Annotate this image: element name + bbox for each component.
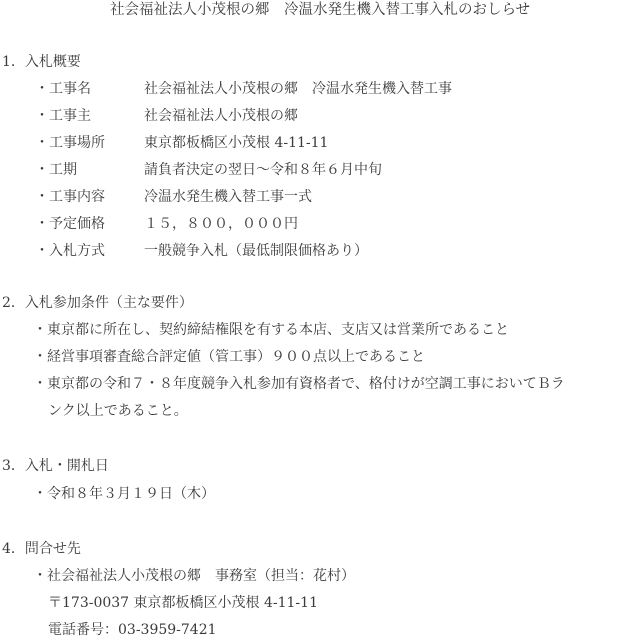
detail-value: 社会福祉法人小茂根の郷: [144, 106, 298, 126]
requirement-item: ・東京都の令和７・８年度競争入札参加有資格者で、格付けが空調工事においてＢラ: [33, 374, 565, 394]
section-2-heading: 2．入札参加条件（主な要件）: [2, 293, 193, 313]
detail-label: ・予定価格: [35, 214, 105, 234]
requirement-item: ・東京都に所在し、契約締結権限を有する本店、支店又は営業所であること: [33, 320, 509, 340]
section-3-heading: 3．入札・開札日: [2, 456, 109, 476]
requirement-item-continuation: ンク以上であること。: [48, 401, 188, 421]
detail-value: 請負者決定の翌日～令和８年６月中旬: [144, 160, 382, 180]
detail-label: ・工事主: [35, 106, 91, 126]
contact-organization: ・社会福祉法人小茂根の郷 事務室（担当：花村）: [33, 566, 355, 586]
detail-value: 社会福祉法人小茂根の郷 冷温水発生機入替工事: [144, 79, 452, 99]
detail-label: ・入札方式: [35, 241, 105, 261]
section-4-heading: 4．問合せ先: [2, 539, 81, 559]
detail-value: 東京都板橋区小茂根 4-11-11: [144, 133, 328, 153]
detail-label: ・工期: [35, 160, 77, 180]
section-1-heading: 1．入札概要: [2, 52, 81, 72]
contact-address: 〒173-0037 東京都板橋区小茂根 4-11-11: [48, 593, 318, 613]
requirement-item: ・経営事項審査総合評定値（管工事）９００点以上であること: [33, 347, 425, 367]
detail-value: 冷温水発生機入替工事一式: [144, 187, 312, 207]
page-title: 社会福祉法人小茂根の郷 冷温水発生機入替工事入札のおしらせ: [0, 0, 640, 20]
detail-label: ・工事名: [35, 79, 91, 99]
detail-label: ・工事場所: [35, 133, 105, 153]
contact-phone: 電話番号：03-3959-7421: [48, 620, 217, 640]
detail-value: 一般競争入札（最低制限価格あり）: [144, 241, 368, 261]
detail-label: ・工事内容: [35, 187, 105, 207]
bid-date: ・令和８年３月１９日（木）: [33, 484, 215, 504]
detail-value: １５，８００，０００円: [144, 214, 298, 234]
